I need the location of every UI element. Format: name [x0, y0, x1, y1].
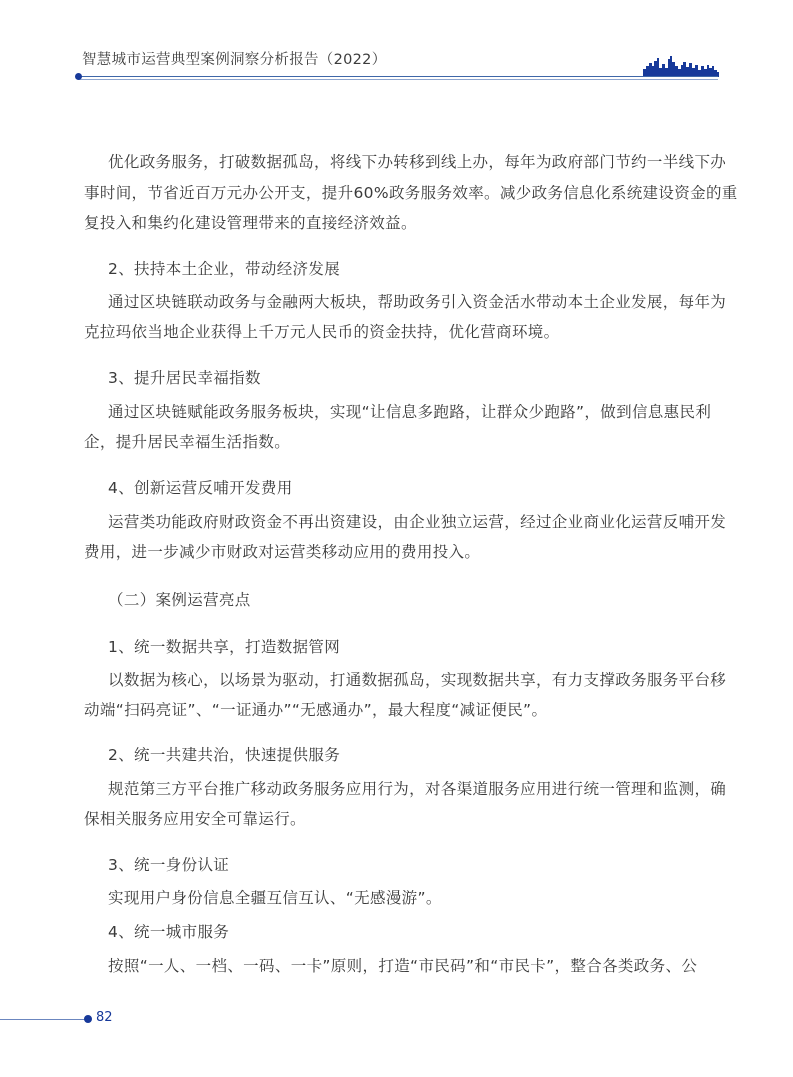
footer-rule — [0, 1019, 87, 1020]
body-text-line: 按照“一人、一档、一码、一卡”原则，打造“市民码”和“市民卡”，整合各类政务、公 — [108, 956, 697, 976]
body-text-line: 费用，进一步减少市财政对运营类移动应用的费用投入。 — [84, 542, 480, 562]
subheading: 4、创新运营反哺开发费用 — [108, 478, 293, 498]
city-skyline-icon — [643, 54, 719, 77]
body-text-line: 克拉玛依当地企业获得上千万元人民币的资金扶持，优化营商环境。 — [84, 322, 560, 342]
header-rule-secondary — [78, 79, 718, 80]
body-text-line: 实现用户身份信息全疆互信互认、“无感漫游”。 — [108, 888, 442, 908]
body-text-line: 规范第三方平台推广移动政务服务应用行为，对各渠道服务应用进行统一管理和监测，确 — [108, 779, 726, 799]
subheading: 4、统一城市服务 — [108, 922, 229, 942]
subheading: 3、统一身份认证 — [108, 855, 229, 875]
page-number: 82 — [96, 1010, 113, 1025]
subheading: 2、统一共建共治，快速提供服务 — [108, 745, 340, 765]
header-rule — [78, 76, 718, 77]
body-text-line: 企，提升居民幸福生活指数。 — [84, 432, 290, 452]
subheading: 1、统一数据共享，打造数据管网 — [108, 637, 340, 657]
body-text-line: 以数据为核心，以场景为驱动，打通数据孤岛，实现数据共享，有力支撑政务服务平台移 — [108, 670, 726, 690]
subheading: 2、扶持本土企业，带动经济发展 — [108, 259, 340, 279]
body-text-line: 动端“扫码亮证”、“一证通办”“无感通办”，最大程度“减证便民”。 — [84, 700, 547, 720]
body-text-line: 优化政务服务，打破数据孤岛，将线下办转移到线上办，每年为政府部门节约一半线下办 — [108, 152, 726, 172]
report-title: 智慧城市运营典型案例洞察分析报告（2022） — [82, 48, 387, 69]
body-text-line: 事时间，节省近百万元办公开支，提升60%政务服务效率。减少政务信息化系统建设资金… — [84, 183, 738, 203]
footer-bullet-dot — [84, 1015, 92, 1023]
body-text-line: 通过区块链联动政务与金融两大板块，帮助政务引入资金活水带动本土企业发展，每年为 — [108, 292, 726, 312]
subheading: 3、提升居民幸福指数 — [108, 368, 261, 388]
body-text-line: 运营类功能政府财政资金不再出资建设，由企业独立运营，经过企业商业化运营反哺开发 — [108, 512, 726, 532]
header-bullet-dot — [75, 73, 82, 80]
section-heading: （二）案例运营亮点 — [108, 590, 251, 610]
body-text-line: 复投入和集约化建设管理带来的直接经济效益。 — [84, 213, 417, 233]
body-text-line: 保相关服务应用安全可靠运行。 — [84, 809, 306, 829]
body-text-line: 通过区块链赋能政务服务板块，实现“让信息多跑路，让群众少跑路”，做到信息惠民利 — [108, 402, 711, 422]
